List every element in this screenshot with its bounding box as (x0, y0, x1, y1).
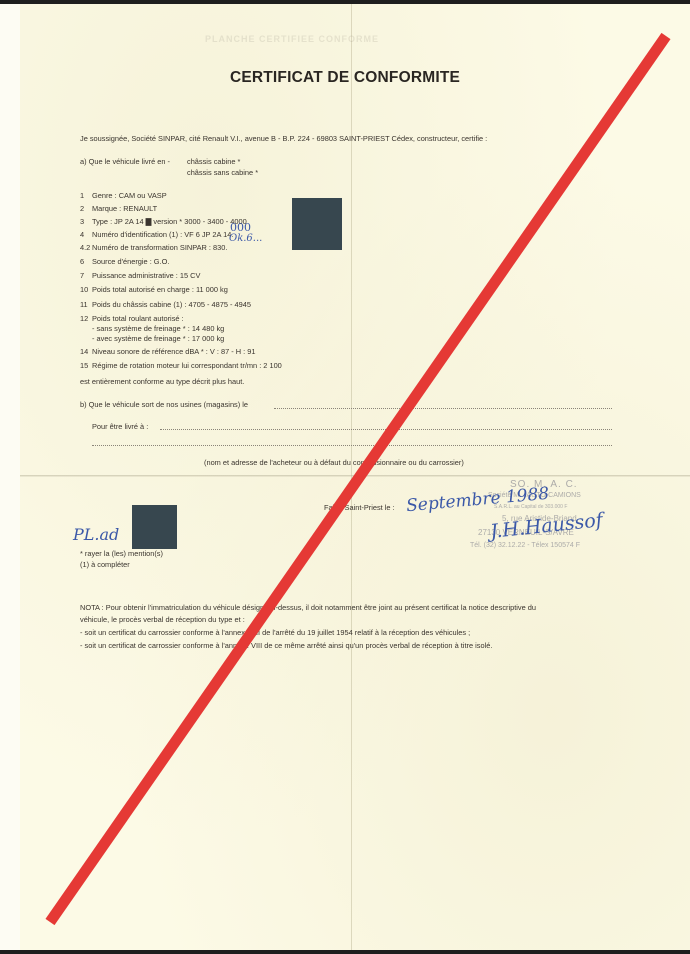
nota-bullet-2: - soit un certificat de carrossier confo… (80, 641, 492, 650)
conform-text: est entièrement conforme au type décrit … (80, 377, 244, 386)
field-number: 3 (80, 217, 84, 226)
field-number: 1 (80, 191, 84, 200)
ghost-header: PLANCHE CERTIFIEE CONFORME (205, 34, 495, 44)
handwritten-transform-suffix: Ok.6... (229, 233, 262, 244)
field-text: Marque : RENAULT (92, 204, 157, 213)
document-page (0, 4, 690, 950)
nota-bullet-1: - soit un certificat du carrossier confo… (80, 628, 470, 637)
field-number: 14 (80, 347, 88, 356)
signature-place-label: Fait à Saint-Priest le : (324, 503, 395, 512)
field-number: 15 (80, 361, 88, 370)
stamp-line: Tél. (32) 32.12.22 - Télex 150574 F (470, 542, 580, 549)
field-subtext: - avec système de freinage * : 17 000 kg (92, 334, 224, 343)
field-number: 12 (80, 314, 88, 323)
field-number: 6 (80, 257, 84, 266)
field-text: Numéro d'identification (1) : VF 6 JP 2A… (92, 230, 233, 239)
deliver-to-caption: (nom et adresse de l'acheteur ou à défau… (204, 458, 464, 467)
paper-edge (0, 4, 20, 950)
field-text: Genre : CAM ou VASP (92, 191, 167, 200)
intro-text: Je soussignée, Société SINPAR, cité Rena… (80, 134, 487, 143)
exit-date-field (274, 408, 612, 409)
footnote-1: * rayer la (les) mention(s) (80, 549, 163, 558)
field-number: 4.2 (80, 243, 90, 252)
deliver-to-label: Pour être livré à : (92, 422, 148, 431)
fold-crease-horizontal (20, 475, 690, 477)
section-b-label: b) Que le véhicule sort de nos usines (m… (80, 400, 248, 409)
field-text: Poids du châssis cabine (1) : 4705 - 487… (92, 300, 251, 309)
handwritten-initials: PL.ad (73, 525, 119, 544)
field-number: 11 (80, 300, 88, 309)
field-text: Poids total roulant autorisé : (92, 314, 184, 323)
footnote-2: (1) à compléter (80, 560, 130, 569)
redaction-box (292, 198, 342, 250)
section-a-option-1: châssis cabine * (187, 157, 240, 166)
field-text: Type : JP 2A 14 ▇ version * 3000 - 3400 … (92, 217, 247, 226)
field-text: Source d'énergie : G.O. (92, 257, 169, 266)
field-number: 10 (80, 285, 88, 294)
field-subtext: - sans système de freinage * : 14 480 kg (92, 324, 224, 333)
field-text: Niveau sonore de référence dBA * : V : 8… (92, 347, 256, 356)
field-text: Numéro de transformation SINPAR : 830. (92, 243, 227, 252)
deliver-to-field (160, 429, 612, 430)
field-number: 2 (80, 204, 84, 213)
field-number: 7 (80, 271, 84, 280)
field-text: Puissance administrative : 15 CV (92, 271, 200, 280)
field-text: Régime de rotation moteur lui correspond… (92, 361, 282, 370)
redaction-box (132, 505, 177, 549)
field-text: Poids total autorisé en charge : 11 000 … (92, 285, 228, 294)
document-title: CERTIFICAT DE CONFORMITE (0, 69, 690, 87)
deliver-to-field-line-2 (92, 445, 612, 446)
section-a-option-2: châssis sans cabine * (187, 168, 258, 177)
section-a-label: a) Que le véhicule livré en - (80, 157, 170, 166)
field-number: 4 (80, 230, 84, 239)
nota-line-1: NOTA : Pour obtenir l'immatriculation du… (80, 603, 536, 612)
nota-line-2: véhicule, le procès verbal de réception … (80, 615, 245, 624)
fold-crease-vertical (351, 4, 352, 950)
